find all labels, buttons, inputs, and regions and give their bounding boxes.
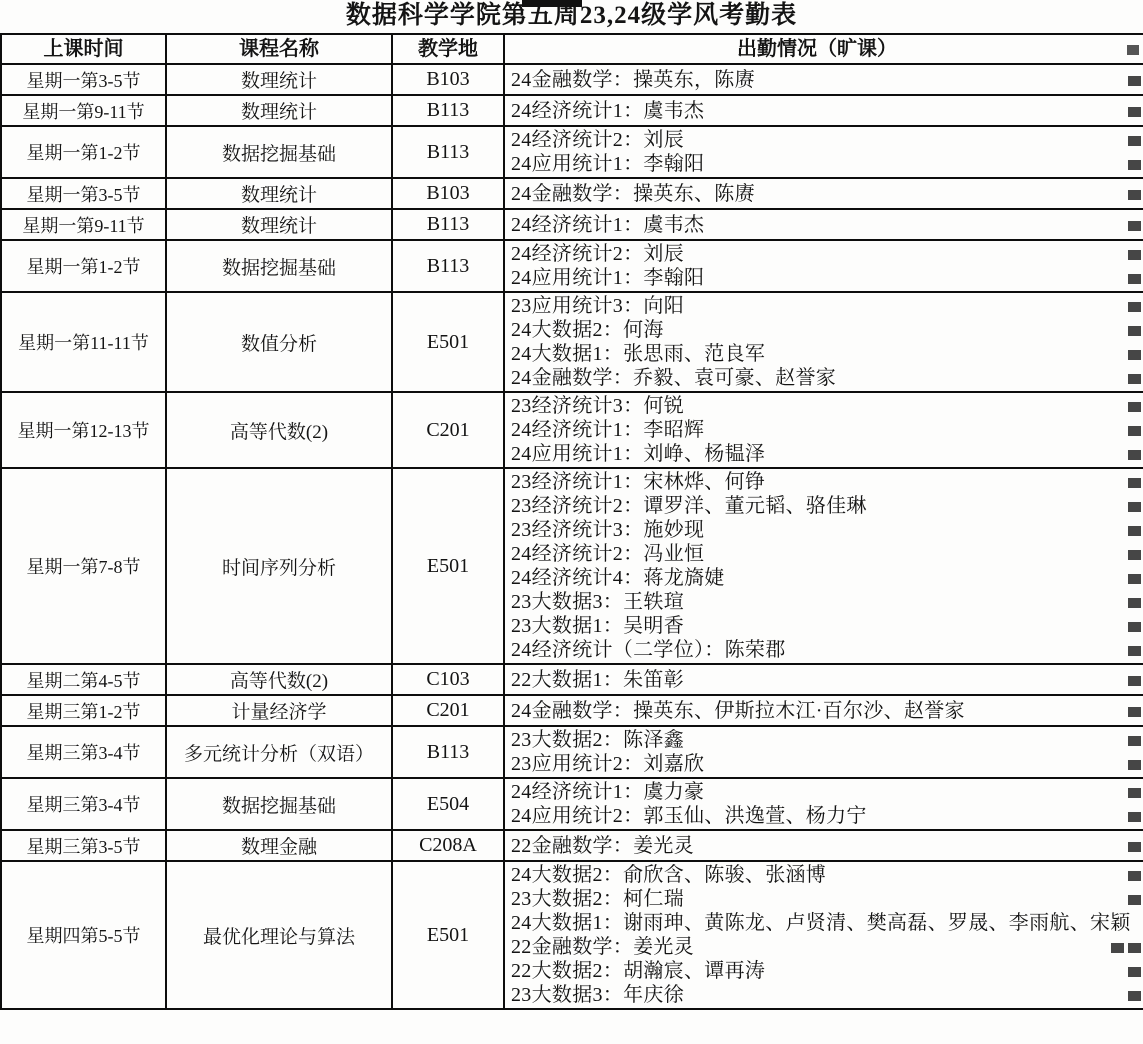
cell-location: B103: [392, 178, 504, 209]
table-row: 星期一第7-8节 时间序列分析 E501 23经济统计1：宋林烨、何铮23经济统…: [1, 468, 1143, 664]
attendance-line: 24大数据2：何海: [511, 318, 1141, 342]
cell-class-time: 星期一第12-13节: [1, 392, 166, 468]
header-course-name: 课程名称: [166, 34, 392, 64]
attendance-line: 23经济统计1：宋林烨、何铮: [511, 470, 1141, 494]
cell-course-name: 时间序列分析: [166, 468, 392, 664]
attendance-line: 24大数据1：张思雨、范良军: [511, 342, 1141, 366]
cell-class-time: 星期一第7-8节: [1, 468, 166, 664]
cell-class-time: 星期三第3-5节: [1, 830, 166, 861]
cell-attendance: 23大数据2：陈泽鑫23应用统计2：刘嘉欣: [504, 726, 1143, 778]
cell-location: B103: [392, 64, 504, 95]
cell-location: E501: [392, 292, 504, 392]
cell-course-name: 数理金融: [166, 830, 392, 861]
attendance-line: 22大数据1：朱笛彰: [511, 668, 1141, 692]
cell-location: B113: [392, 95, 504, 126]
attendance-line: 24经济统计1：虞力豪: [511, 780, 1141, 804]
attendance-line: 23大数据2：柯仁瑞: [511, 887, 1141, 911]
cell-class-time: 星期一第9-11节: [1, 95, 166, 126]
cell-attendance: 24金融数学：操英东、陈赓: [504, 178, 1143, 209]
table-row: 星期一第3-5节 数理统计 B103 24金融数学：操英东，陈赓: [1, 64, 1143, 95]
cell-class-time: 星期一第1-2节: [1, 126, 166, 178]
cell-location: B113: [392, 209, 504, 240]
table-row: 星期一第1-2节 数据挖掘基础 B113 24经济统计2：刘辰24应用统计1：李…: [1, 240, 1143, 292]
cell-location: C103: [392, 664, 504, 695]
cell-location: C208A: [392, 830, 504, 861]
cell-location: B113: [392, 726, 504, 778]
attendance-table: 上课时间 课程名称 教学地 出勤情况（旷课） 星期一第3-5节 数理统计 B10…: [0, 33, 1143, 1010]
attendance-line: 23大数据2：陈泽鑫: [511, 728, 1141, 752]
cell-course-name: 数理统计: [166, 209, 392, 240]
attendance-line: 24大数据1：谢雨珅、黄陈龙、卢贤清、樊高磊、罗晟、李雨航、宋颖: [511, 911, 1141, 935]
cell-course-name: 多元统计分析（双语）: [166, 726, 392, 778]
cell-location: E501: [392, 861, 504, 1009]
cell-attendance: 24经济统计1：虞力豪24应用统计2：郭玉仙、洪逸萱、杨力宁: [504, 778, 1143, 830]
cell-location: C201: [392, 695, 504, 726]
cell-location: E504: [392, 778, 504, 830]
header-class-time: 上课时间: [1, 34, 166, 64]
table-row: 星期二第4-5节 高等代数(2) C103 22大数据1：朱笛彰: [1, 664, 1143, 695]
cell-course-name: 数据挖掘基础: [166, 778, 392, 830]
attendance-line: 22金融数学：姜光灵: [511, 834, 1141, 858]
attendance-line: 24应用统计1：刘峥、杨韫泽: [511, 442, 1141, 466]
attendance-line: 23大数据1：吴明香: [511, 614, 1141, 638]
table-row: 星期一第3-5节 数理统计 B103 24金融数学：操英东、陈赓: [1, 178, 1143, 209]
attendance-sheet-page: 数据科学学院第五周23,24级学风考勤表 上课时间 课程名称 教学地 出勤情况（…: [0, 0, 1143, 1044]
cell-location: E501: [392, 468, 504, 664]
table-row: 星期一第1-2节 数据挖掘基础 B113 24经济统计2：刘辰24应用统计1：李…: [1, 126, 1143, 178]
cell-course-name: 最优化理论与算法: [166, 861, 392, 1009]
cell-class-time: 星期四第5-5节: [1, 861, 166, 1009]
attendance-line: 24经济统计1：虞韦杰: [511, 213, 1141, 237]
cell-location: B113: [392, 240, 504, 292]
cell-course-name: 高等代数(2): [166, 392, 392, 468]
cell-attendance: 23应用统计3：向阳24大数据2：何海24大数据1：张思雨、范良军24金融数学：…: [504, 292, 1143, 392]
cell-course-name: 数据挖掘基础: [166, 240, 392, 292]
attendance-line: 23应用统计2：刘嘉欣: [511, 752, 1141, 776]
attendance-line: 23大数据3：王轶瑄: [511, 590, 1141, 614]
attendance-line: 24经济统计2：刘辰: [511, 128, 1141, 152]
attendance-line: 24金融数学：乔毅、袁可豪、赵誉家: [511, 366, 1141, 390]
table-row: 星期一第12-13节 高等代数(2) C201 23经济统计3：何锐24经济统计…: [1, 392, 1143, 468]
table-row: 星期三第3-5节 数理金融 C208A 22金融数学：姜光灵: [1, 830, 1143, 861]
attendance-line: 23大数据3：年庆徐: [511, 983, 1141, 1007]
table-row: 星期三第1-2节 计量经济学 C201 24金融数学：操英东、伊斯拉木江·百尔沙…: [1, 695, 1143, 726]
cell-attendance: 23经济统计1：宋林烨、何铮23经济统计2：谭罗洋、董元韬、骆佳琳23经济统计3…: [504, 468, 1143, 664]
cell-class-time: 星期一第1-2节: [1, 240, 166, 292]
table-row: 星期四第5-5节 最优化理论与算法 E501 24大数据2：俞欣含、陈骏、张涵博…: [1, 861, 1143, 1009]
cell-attendance: 24金融数学：操英东，陈赓: [504, 64, 1143, 95]
cell-course-name: 数值分析: [166, 292, 392, 392]
table-row: 星期一第9-11节 数理统计 B113 24经济统计1：虞韦杰: [1, 209, 1143, 240]
cell-attendance: 22金融数学：姜光灵: [504, 830, 1143, 861]
cell-attendance: 24经济统计1：虞韦杰: [504, 209, 1143, 240]
cell-class-time: 星期一第11-11节: [1, 292, 166, 392]
cell-location: C201: [392, 392, 504, 468]
cell-attendance: 24经济统计1：虞韦杰: [504, 95, 1143, 126]
cell-attendance: 24金融数学：操英东、伊斯拉木江·百尔沙、赵誉家: [504, 695, 1143, 726]
cell-course-name: 数理统计: [166, 95, 392, 126]
cell-course-name: 数理统计: [166, 178, 392, 209]
cell-class-time: 星期三第3-4节: [1, 778, 166, 830]
table-row: 星期一第11-11节 数值分析 E501 23应用统计3：向阳24大数据2：何海…: [1, 292, 1143, 392]
table-row: 星期三第3-4节 数据挖掘基础 E504 24经济统计1：虞力豪24应用统计2：…: [1, 778, 1143, 830]
attendance-line: 23经济统计3：何锐: [511, 394, 1141, 418]
attendance-line: 24应用统计1：李翰阳: [511, 152, 1141, 176]
attendance-line: 24经济统计（二学位）：陈荣郡: [511, 638, 1141, 662]
cell-course-name: 数据挖掘基础: [166, 126, 392, 178]
attendance-line: 24大数据2：俞欣含、陈骏、张涵博: [511, 863, 1141, 887]
cell-attendance: 24经济统计2：刘辰24应用统计1：李翰阳: [504, 126, 1143, 178]
attendance-line: 24经济统计1：虞韦杰: [511, 99, 1141, 123]
header-attendance: 出勤情况（旷课）: [504, 34, 1143, 64]
cell-class-time: 星期二第4-5节: [1, 664, 166, 695]
cell-class-time: 星期三第1-2节: [1, 695, 166, 726]
table-row: 星期三第3-4节 多元统计分析（双语） B113 23大数据2：陈泽鑫23应用统…: [1, 726, 1143, 778]
attendance-line: 24经济统计4：蒋龙旖婕: [511, 566, 1141, 590]
cell-attendance: 24大数据2：俞欣含、陈骏、张涵博23大数据2：柯仁瑞24大数据1：谢雨珅、黄陈…: [504, 861, 1143, 1009]
attendance-line: 24经济统计2：刘辰: [511, 242, 1141, 266]
attendance-line: 23经济统计2：谭罗洋、董元韬、骆佳琳: [511, 494, 1141, 518]
cell-class-time: 星期一第3-5节: [1, 178, 166, 209]
cell-course-name: 高等代数(2): [166, 664, 392, 695]
table-row: 星期一第9-11节 数理统计 B113 24经济统计1：虞韦杰: [1, 95, 1143, 126]
cell-course-name: 数理统计: [166, 64, 392, 95]
cell-class-time: 星期一第9-11节: [1, 209, 166, 240]
scan-artifact: [522, 0, 582, 7]
attendance-line: 24金融数学：操英东、伊斯拉木江·百尔沙、赵誉家: [511, 699, 1141, 723]
attendance-line: 24经济统计2：冯业恒: [511, 542, 1141, 566]
cell-attendance: 24经济统计2：刘辰24应用统计1：李翰阳: [504, 240, 1143, 292]
attendance-line: 24金融数学：操英东，陈赓: [511, 68, 1141, 92]
attendance-line: 23经济统计3：施妙现: [511, 518, 1141, 542]
attendance-line: 24应用统计1：李翰阳: [511, 266, 1141, 290]
cell-attendance: 23经济统计3：何锐24经济统计1：李昭辉24应用统计1：刘峥、杨韫泽: [504, 392, 1143, 468]
header-location: 教学地: [392, 34, 504, 64]
attendance-line: 22大数据2：胡瀚宸、谭再涛: [511, 959, 1141, 983]
header-row: 上课时间 课程名称 教学地 出勤情况（旷课）: [1, 34, 1143, 64]
cell-class-time: 星期三第3-4节: [1, 726, 166, 778]
table-body: 星期一第3-5节 数理统计 B103 24金融数学：操英东，陈赓 星期一第9-1…: [1, 64, 1143, 1009]
attendance-line: 24经济统计1：李昭辉: [511, 418, 1141, 442]
cell-attendance: 22大数据1：朱笛彰: [504, 664, 1143, 695]
cell-class-time: 星期一第3-5节: [1, 64, 166, 95]
attendance-line: 24金融数学：操英东、陈赓: [511, 182, 1141, 206]
attendance-line: 24应用统计2：郭玉仙、洪逸萱、杨力宁: [511, 804, 1141, 828]
attendance-line: 22金融数学：姜光灵: [511, 935, 1141, 959]
cell-course-name: 计量经济学: [166, 695, 392, 726]
attendance-line: 23应用统计3：向阳: [511, 294, 1141, 318]
cell-location: B113: [392, 126, 504, 178]
